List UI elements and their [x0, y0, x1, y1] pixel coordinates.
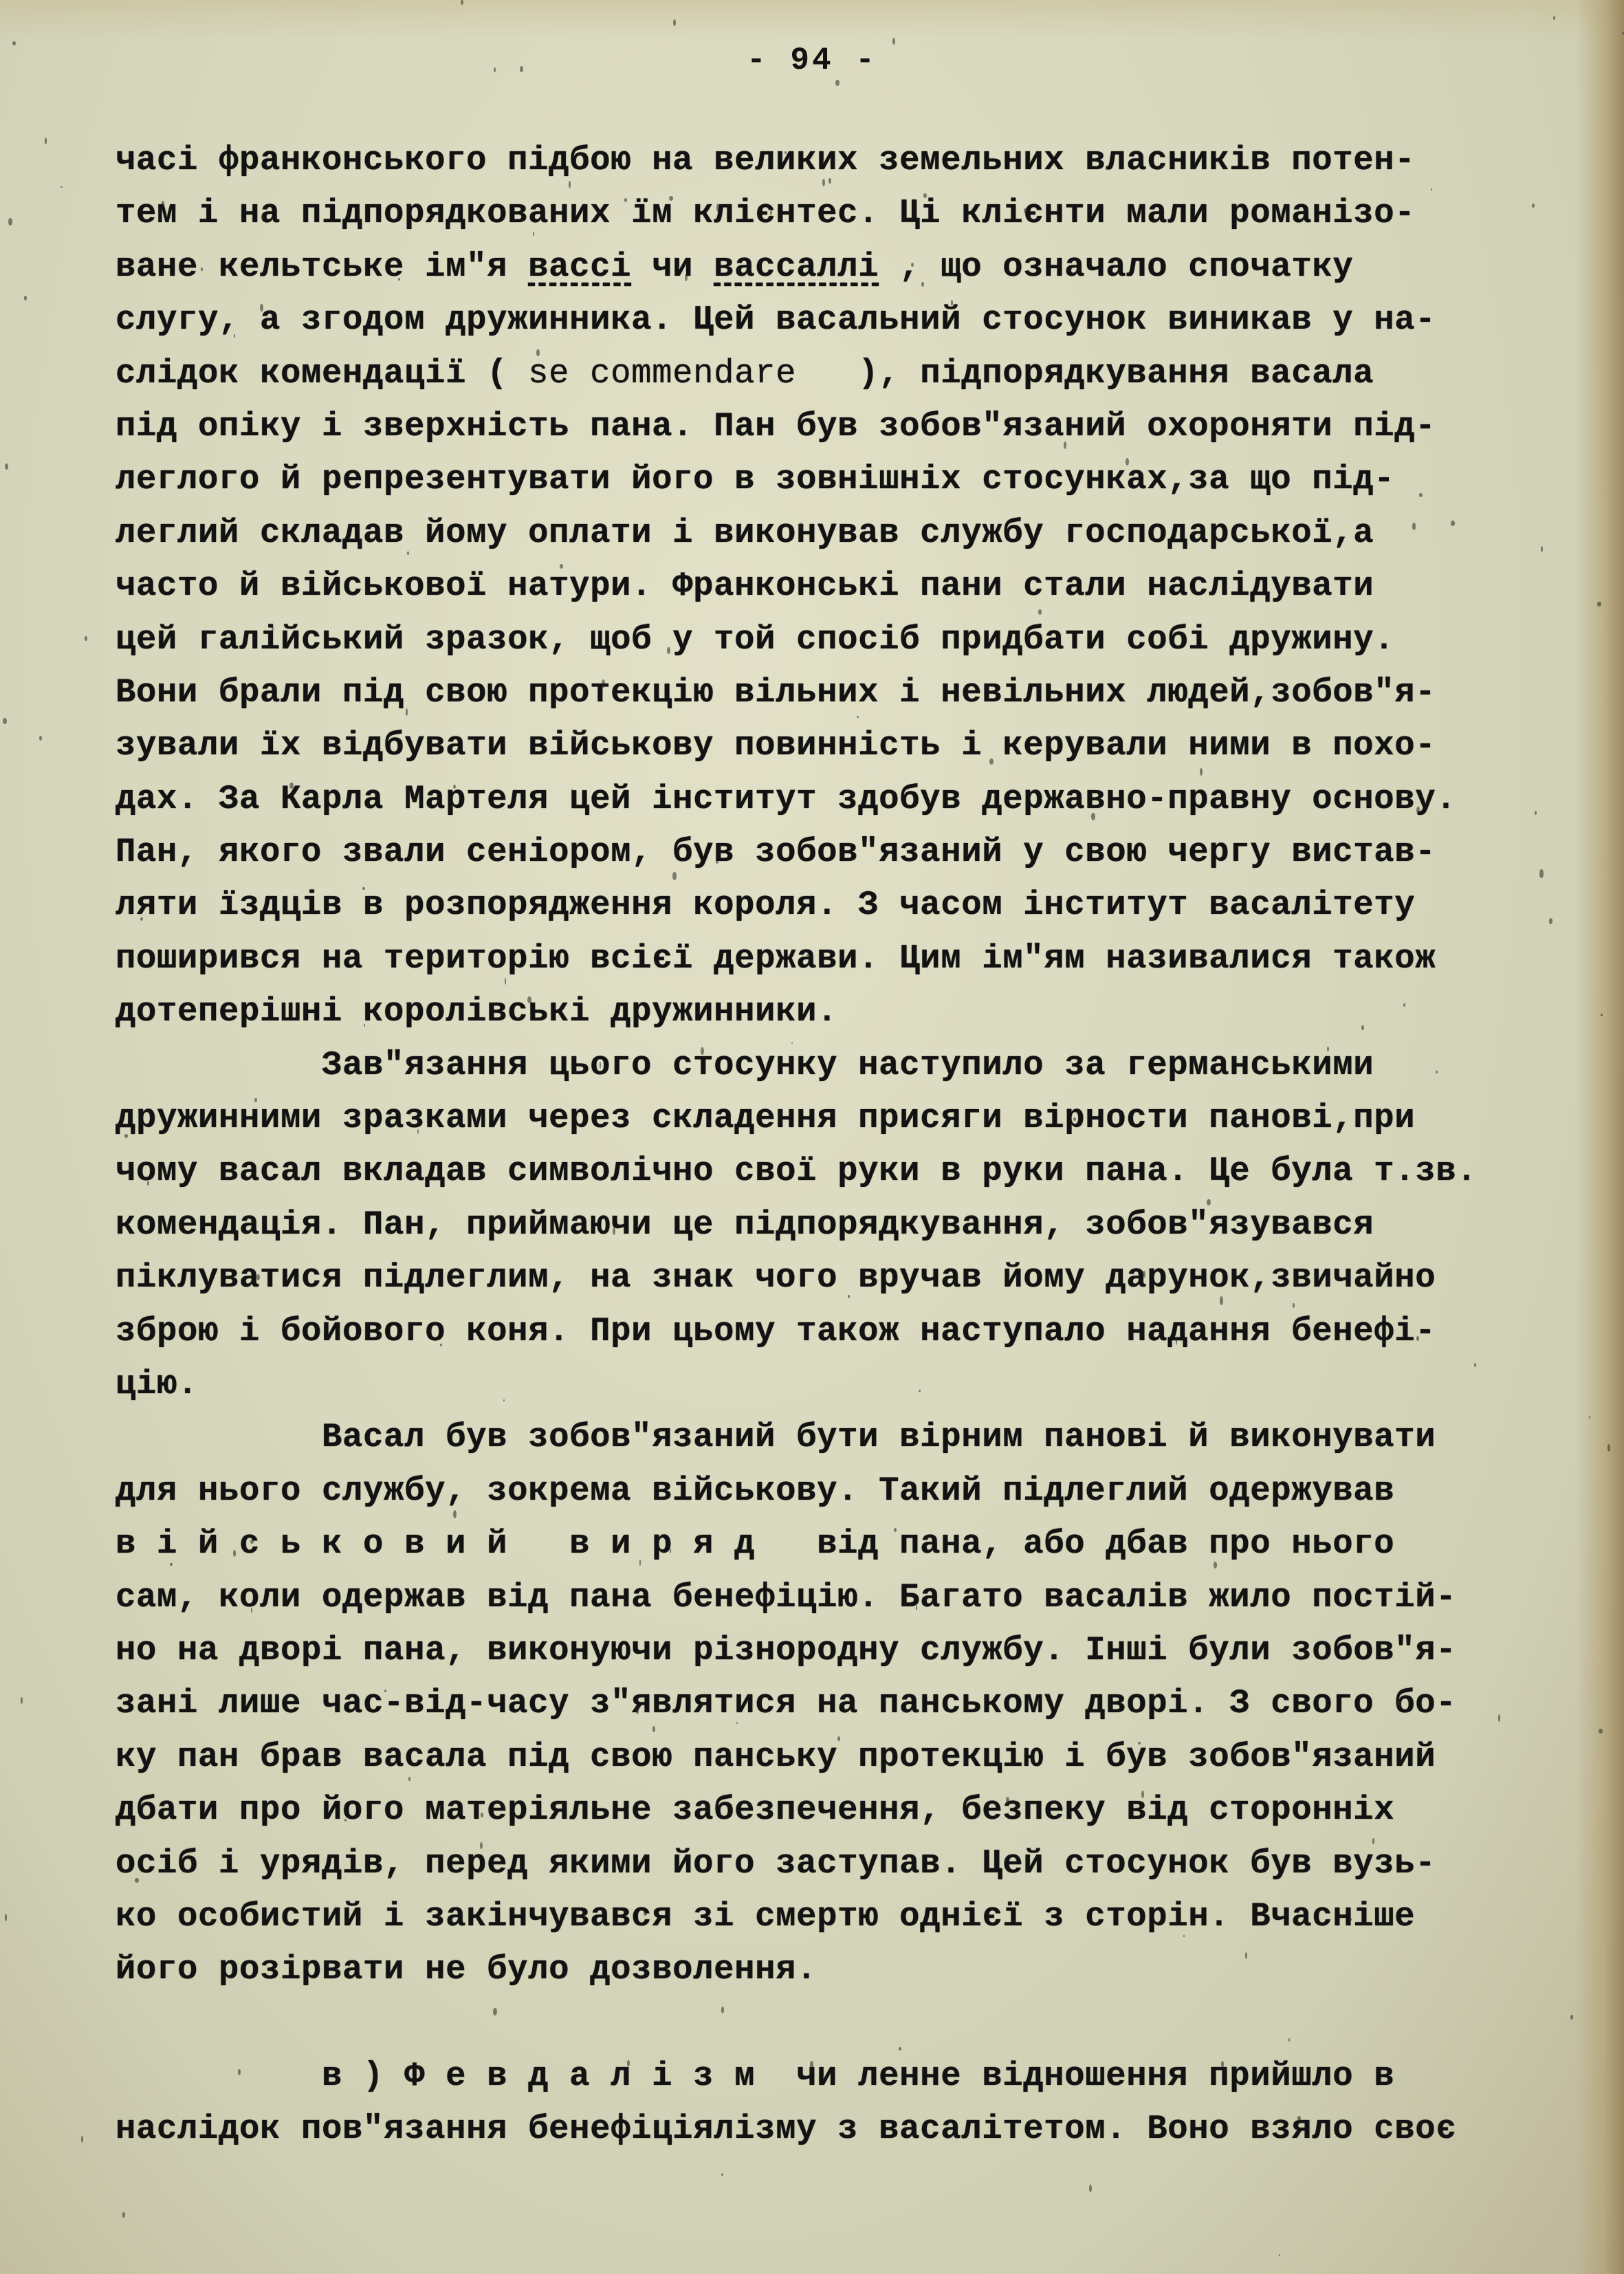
- text-line: Васал був зобов"язаний бути вірним панов…: [116, 1411, 1594, 1464]
- paper-speck: [122, 2212, 125, 2218]
- paper-speck: [5, 463, 8, 470]
- paper-speck: [670, 1549, 671, 1553]
- paper-speck: [1091, 813, 1095, 820]
- paper-speck: [1539, 869, 1544, 878]
- paper-speck: [1372, 1838, 1374, 1844]
- paper-speck: [613, 1227, 615, 1235]
- text-line: но на дворі пана, виконуючи різнородну с…: [116, 1624, 1594, 1677]
- paper-speck: [822, 179, 825, 186]
- paper-speck: [364, 1024, 366, 1026]
- paper-speck: [1597, 602, 1601, 606]
- underlined-term: вассі: [528, 248, 631, 286]
- text-line: леглого й репрезентувати його в зовнішні…: [116, 453, 1594, 506]
- paper-speck: [716, 860, 718, 864]
- text-line: Зав"язання цього стосунку наступило за г…: [116, 1039, 1594, 1092]
- paper-speck: [262, 215, 263, 220]
- paper-speck: [493, 2008, 497, 2015]
- paper-speck: [1024, 208, 1026, 213]
- paper-speck: [1288, 2038, 1291, 2042]
- text-line: тем і на підпорядкованих їм клієнтес. Ці…: [116, 187, 1594, 240]
- text-line: ку пан брав васала під свою панську прот…: [116, 1731, 1594, 1784]
- paper-speck: [256, 1274, 260, 1280]
- paper-speck: [989, 758, 994, 765]
- paper-speck: [1207, 1199, 1210, 1206]
- paper-speck: [272, 626, 274, 631]
- paper-speck: [806, 954, 808, 956]
- paper-speck: [21, 1697, 23, 1703]
- paper-speck: [1361, 1025, 1364, 1030]
- paper-speck: [1412, 523, 1416, 530]
- paper-speck: [494, 67, 496, 73]
- paper-speck: [362, 887, 365, 890]
- paper-speck: [1038, 609, 1042, 615]
- paper-speck: [899, 2047, 901, 2051]
- paper-speck: [1451, 521, 1455, 525]
- paper-speck: [848, 1295, 850, 1298]
- paper-speck: [135, 1878, 139, 1882]
- paper-speck: [61, 186, 63, 188]
- paper-speck: [407, 915, 410, 920]
- paper-speck: [1622, 32, 1624, 34]
- paper-speck: [701, 1047, 703, 1055]
- text-line: Пан, якого звали сеніором, був зобов"яза…: [116, 826, 1594, 879]
- text-line: піклуватися підлеглим, на знак чого вруч…: [116, 1251, 1594, 1304]
- paper-speck: [921, 282, 924, 287]
- paper-speck: [998, 1229, 1001, 1233]
- text-segment: чи: [631, 248, 714, 286]
- text-line: цей галійський зразок, щоб у той спосіб …: [116, 613, 1594, 666]
- paper-speck: [254, 1098, 257, 1102]
- paper-speck: [417, 1129, 419, 1133]
- text-line: [116, 1997, 1594, 2050]
- paper-speck: [1403, 1003, 1406, 1006]
- paper-speck: [951, 300, 953, 306]
- paper-speck: [1293, 1303, 1295, 1308]
- paper-speck: [45, 138, 47, 144]
- paper-speck: [1599, 1729, 1602, 1734]
- paper-speck: [1420, 1650, 1423, 1656]
- text-line: осіб і урядів, перед якими його заступав…: [116, 1837, 1594, 1890]
- paper-speck: [201, 267, 203, 271]
- paper-speck: [1068, 529, 1070, 536]
- text-line: під опіку і зверхність пана. Пан був зоб…: [116, 400, 1594, 453]
- paper-speck: [911, 263, 914, 267]
- paper-speck: [1143, 1271, 1145, 1278]
- paper-speck: [636, 1707, 639, 1714]
- paper-speck: [39, 736, 42, 741]
- underlined-term: вассаллі: [714, 248, 879, 286]
- paper-speck: [1570, 2015, 1573, 2020]
- paper-speck: [721, 2007, 724, 2013]
- text-line: зували їх відбувати військову повинність…: [116, 719, 1594, 772]
- paper-speck: [919, 1390, 921, 1392]
- body-text: часі франконського підбою на великих зем…: [116, 134, 1594, 2156]
- text-line: чому васал вкладав символічно свої руки …: [116, 1145, 1594, 1198]
- paper-speck: [250, 1540, 254, 1544]
- text-line: цію.: [116, 1358, 1594, 1411]
- paper-speck: [1232, 1325, 1235, 1332]
- paper-speck: [3, 718, 7, 723]
- paper-speck: [1138, 1742, 1141, 1745]
- text-line: його розірвати не було дозволення.: [116, 1943, 1594, 1996]
- paper-speck: [837, 1736, 840, 1741]
- paper-speck: [810, 2061, 813, 2068]
- paper-speck: [5, 1914, 7, 1921]
- text-line: ко особистий і закінчувався зі смертю од…: [116, 1890, 1594, 1943]
- paper-speck: [1532, 204, 1535, 208]
- paper-speck: [894, 1528, 897, 1532]
- page-number: - 94 -: [0, 43, 1624, 78]
- text-line: слугу, а згодом дружинника. Цей васальни…: [116, 294, 1594, 347]
- paper-speck: [24, 296, 28, 300]
- text-line: ляти їздців в розпорядження короля. З ча…: [116, 879, 1594, 932]
- paper-speck: [892, 38, 895, 45]
- paper-speck: [835, 80, 840, 86]
- paper-speck: [520, 66, 523, 72]
- paper-speck: [1541, 546, 1543, 552]
- paper-speck: [1089, 2185, 1092, 2192]
- text-segment: , що означало спочатку: [879, 248, 1353, 286]
- text-line: в ) Ф е в д а л і з м чи ленне відношенн…: [116, 2050, 1594, 2103]
- paper-speck: [503, 1399, 505, 1401]
- paper-speck: [536, 349, 539, 356]
- text-line: ване кельтське ім"я вассі чи вассаллі , …: [116, 241, 1594, 294]
- paper-speck: [81, 2136, 83, 2143]
- paper-speck: [251, 1608, 252, 1613]
- paper-speck: [147, 1181, 150, 1185]
- text-line: дружинними зразками через складення прис…: [116, 1092, 1594, 1145]
- paper-speck: [480, 1842, 483, 1849]
- text-line: дбати про його матеріяльне забезпечення,…: [116, 1784, 1594, 1837]
- text-segment: слідок комендації (: [116, 354, 528, 393]
- paper-speck: [829, 178, 831, 184]
- latin-term: se commendare: [528, 354, 796, 393]
- paper-speck: [1419, 493, 1423, 497]
- paper-speck: [573, 730, 575, 732]
- text-line: часі франконського підбою на великих зем…: [116, 134, 1594, 187]
- text-line: наслідок пов"язання бенефіціялізму з вас…: [116, 2103, 1594, 2156]
- paper-speck: [1141, 1791, 1144, 1798]
- text-line: часто й військової натури. Франконські п…: [116, 560, 1594, 613]
- paper-speck: [8, 218, 12, 226]
- text-line: зані лише час-від-часу з"являтися на пан…: [116, 1677, 1594, 1730]
- paper-speck: [12, 41, 16, 45]
- paper-speck: [669, 196, 672, 201]
- paper-speck: [770, 210, 772, 215]
- paper-speck: [784, 151, 787, 154]
- text-line: комендація. Пан, приймаючи це підпорядку…: [116, 1199, 1594, 1251]
- text-line: Вони брали під свою протекцію вільних і …: [116, 666, 1594, 719]
- paper-speck: [624, 198, 627, 202]
- paper-speck: [85, 636, 87, 642]
- paper-speck: [398, 278, 399, 281]
- text-segment: ), підпорядкування васала: [796, 354, 1374, 393]
- paper-speck: [1279, 2254, 1280, 2256]
- paper-speck: [289, 783, 293, 789]
- text-line: сам, коли одержав від пана бенефіцію. Ба…: [116, 1571, 1594, 1624]
- paper-speck: [916, 1605, 917, 1610]
- text-line: слідок комендації ( se commendare ), під…: [116, 347, 1594, 400]
- text-line: в і й с ь к о в и й в и р я д від пана, …: [116, 1518, 1594, 1571]
- paper-speck: [600, 1062, 601, 1069]
- text-segment: ване кельтське ім"я: [116, 248, 528, 286]
- paper-speck: [1601, 1014, 1603, 1017]
- paper-speck: [1416, 807, 1420, 813]
- paper-speck: [602, 679, 605, 688]
- paper-speck: [1327, 1047, 1329, 1051]
- paper-speck: [233, 1550, 236, 1557]
- paper-speck: [124, 1134, 128, 1139]
- text-line: дах. За Карла Мартеля цей інститут здобу…: [116, 773, 1594, 826]
- paper-speck: [685, 274, 688, 281]
- text-line: дотеперішні королівські дружинники.: [116, 985, 1594, 1038]
- page-shadow-top: [0, 0, 1624, 41]
- paper-speck: [667, 647, 670, 655]
- text-line: леглий складав йому оплати і виконував с…: [116, 507, 1594, 560]
- paper-speck: [627, 2060, 629, 2066]
- text-line: для нього службу, зокрема військову. Так…: [116, 1465, 1594, 1518]
- paper-speck: [1245, 1952, 1247, 1960]
- text-line: поширився на територію всієї держави. Ци…: [116, 932, 1594, 985]
- paper-speck: [1535, 811, 1537, 815]
- paper-speck: [672, 872, 676, 880]
- text-line: зброю і бойового коня. При цьому також н…: [116, 1305, 1594, 1358]
- paper-speck: [344, 1819, 346, 1821]
- paper-speck: [1214, 1562, 1217, 1568]
- paper-speck: [721, 2174, 723, 2176]
